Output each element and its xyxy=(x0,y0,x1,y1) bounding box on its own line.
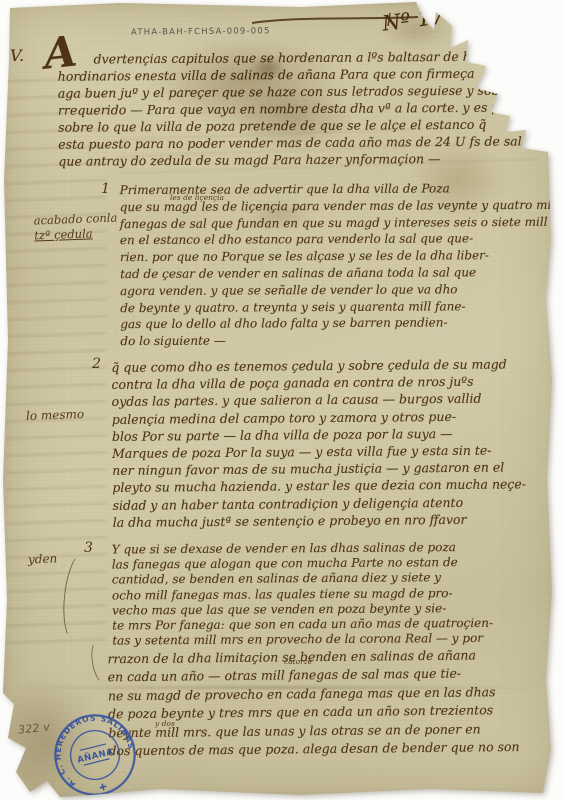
interlinear-insertion: les de liçençia xyxy=(170,193,224,202)
manuscript-paper: ATHA-BAH-FCHSA-009-005 Nº 17 V. A dverte… xyxy=(0,0,564,800)
item-2-number: 2 xyxy=(92,356,101,372)
manuscript-line: esta puesto para no poder vender mas de … xyxy=(58,132,550,152)
manuscript-line: tzª çedula xyxy=(34,226,118,244)
margin-note-acabado: acabado conlatzª çedula xyxy=(34,211,119,244)
manuscript-line: acabado conla xyxy=(34,211,118,229)
manuscript-line: la dha mucha justª se sentençio e probey… xyxy=(113,510,547,531)
paragraph-flourish xyxy=(59,551,98,644)
folio-number: Nº 17 xyxy=(381,4,446,35)
manuscript-line: dos quentos de mas que poza. alega desan… xyxy=(108,738,546,761)
interlinear-insertion: y dos xyxy=(155,719,175,728)
item-1-number: 1 xyxy=(101,181,110,197)
manuscript-line: que antray do zedula de su magd Para haz… xyxy=(58,149,550,169)
stamp-cross-icon xyxy=(99,783,107,791)
item-3-paragraph: Y que si se dexase de vender en las dhas… xyxy=(112,539,547,648)
margin-verification-mark: V. xyxy=(10,46,24,65)
item-2-paragraph: q̃ que como dho es tenemos çedula y sobr… xyxy=(111,355,546,531)
manuscript-line: yden xyxy=(28,551,58,567)
margin-note-lo-mesmo: lo mesmo xyxy=(26,407,85,424)
manuscript-line: fanegas de sal que fundan en que su magd… xyxy=(120,213,548,232)
margin-note-yden: yden xyxy=(28,551,58,567)
item-4-paragraph: rrazon de la dha limitaçion se benden en… xyxy=(107,646,546,761)
interlinear-insertion: catorze xyxy=(284,657,312,666)
manuscript-line: dvertençias capitulos que se hordenaran … xyxy=(94,47,550,67)
scanned-manuscript-page: ATHA-BAH-FCHSA-009-005 Nº 17 V. A dverte… xyxy=(0,0,564,800)
item-1-paragraph: Primeramente sea de advertir que la dha … xyxy=(120,180,549,350)
manuscript-line: do lo siguiente — xyxy=(120,331,548,350)
manuscript-line: rien. por que no Porque se les alçase y … xyxy=(120,247,548,266)
opening-paragraph: dvertençias capitulos que se hordenaran … xyxy=(58,47,551,169)
manuscript-line: lo mesmo xyxy=(26,407,85,424)
